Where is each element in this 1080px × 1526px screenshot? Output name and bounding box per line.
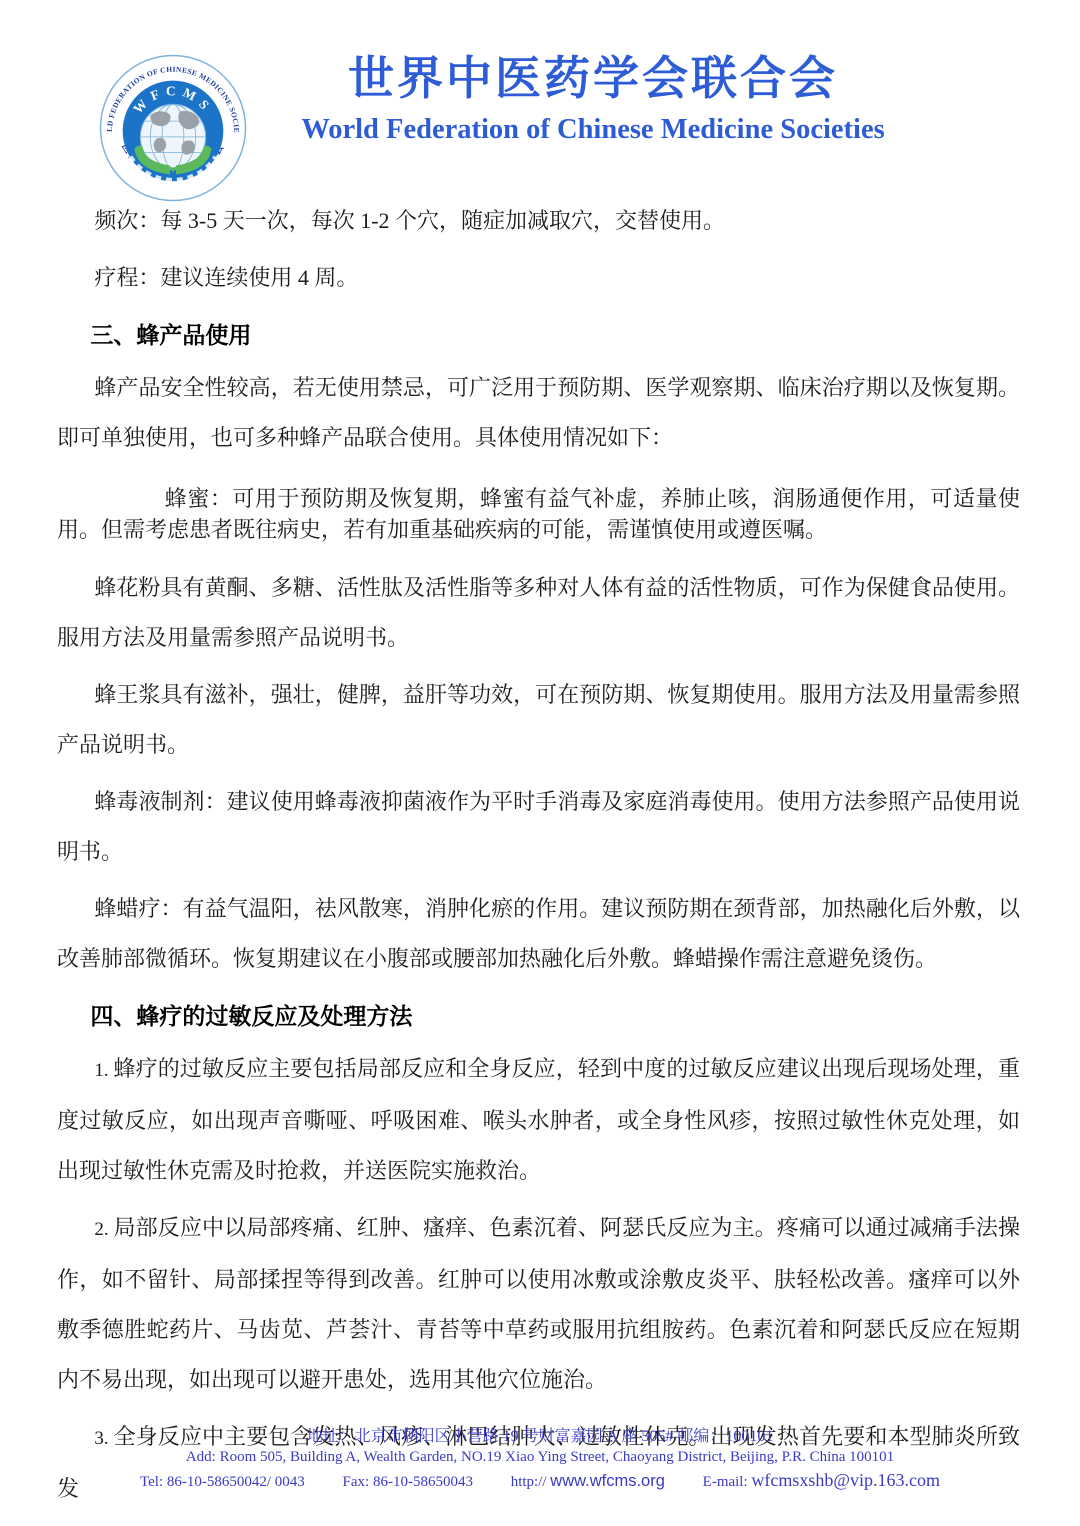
footer-website: www.wfcms.org	[550, 1472, 665, 1490]
org-title-english: World Federation of Chinese Medicine Soc…	[268, 112, 918, 148]
paragraph: 2. 局部反应中以局部疼痛、红肿、瘙痒、色素沉着、阿瑟氏反应为主。疼痛可以通过减…	[57, 1203, 1020, 1405]
footer-email-label: E-mail:	[703, 1474, 748, 1490]
paragraph: 1. 蜂疗的过敏反应主要包括局部反应和全身反应，轻到中度的过敏反应建议出现后现场…	[57, 1044, 1020, 1196]
org-title-chinese: 世界中医药学会联合会	[268, 48, 918, 108]
footer-email: wfcmsxshb@vip.163.com	[751, 1470, 940, 1490]
section-heading: 四、蜂疗的过敏反应及处理方法	[57, 1000, 1020, 1032]
section-heading: 三、蜂产品使用	[57, 319, 1020, 351]
wfcms-logo-svg: WORLD FEDERATION OF CHINESE MEDICINE SOC…	[97, 54, 249, 202]
footer-contact-line: Tel: 86-10-58650042/ 0043 Fax: 86-10-586…	[0, 1468, 1080, 1494]
document-page: WORLD FEDERATION OF CHINESE MEDICINE SOC…	[0, 0, 1080, 1526]
footer-address-cn: 地址：北京市朝阳区小营路 19 号财富嘉园 A 座 505# 邮编：100101	[0, 1426, 1080, 1447]
item-number: 1.	[94, 1060, 113, 1081]
letterhead: WORLD FEDERATION OF CHINESE MEDICINE SOC…	[0, 0, 1080, 205]
paragraph: 蜂花粉具有黄酮、多糖、活性肽及活性脂等多种对人体有益的活性物质，可作为保健食品使…	[57, 563, 1020, 663]
paragraph: 疗程：建议连续使用 4 周。	[57, 253, 1020, 303]
footer-web-prefix: http://	[511, 1474, 547, 1490]
footer-fax: Fax: 86-10-58650043	[343, 1474, 473, 1490]
org-titles: 世界中医药学会联合会 World Federation of Chinese M…	[268, 48, 918, 148]
item-number: 2.	[94, 1219, 113, 1240]
footer-address-en: Add: Room 505, Building A, Wealth Garden…	[0, 1447, 1080, 1468]
document-body: 频次：每 3-5 天一次，每次 1-2 个穴，随症加减取穴，交替使用。疗程：建议…	[57, 196, 1020, 1521]
paragraph: 频次：每 3-5 天一次，每次 1-2 个穴，随症加减取穴，交替使用。	[57, 196, 1020, 246]
paragraph: 蜂毒液制剂：建议使用蜂毒液抑菌液作为平时手消毒及家庭消毒使用。使用方法参照产品使…	[57, 777, 1020, 877]
footer-tel: Tel: 86-10-58650042/ 0043	[140, 1474, 305, 1490]
paragraph: 蜂王浆具有滋补，强壮，健脾，益肝等功效，可在预防期、恢复期使用。服用方法及用量需…	[57, 670, 1020, 770]
paragraph: 蜂蜡疗：有益气温阳，祛风散寒，消肿化瘀的作用。建议预防期在颈背部，加热融化后外敷…	[57, 884, 1020, 984]
paragraph: 蜂产品安全性较高，若无使用禁忌，可广泛用于预防期、医学观察期、临床治疗期以及恢复…	[57, 363, 1020, 463]
wfcms-logo-icon: WORLD FEDERATION OF CHINESE MEDICINE SOC…	[97, 54, 249, 202]
letterhead-footer: 地址：北京市朝阳区小营路 19 号财富嘉园 A 座 505# 邮编：100101…	[0, 1426, 1080, 1494]
paragraph: 蜂蜜：可用于预防期及恢复期，蜂蜜有益气补虚，养肺止咳，润肠通便作用，可适量使用。…	[57, 483, 1020, 545]
